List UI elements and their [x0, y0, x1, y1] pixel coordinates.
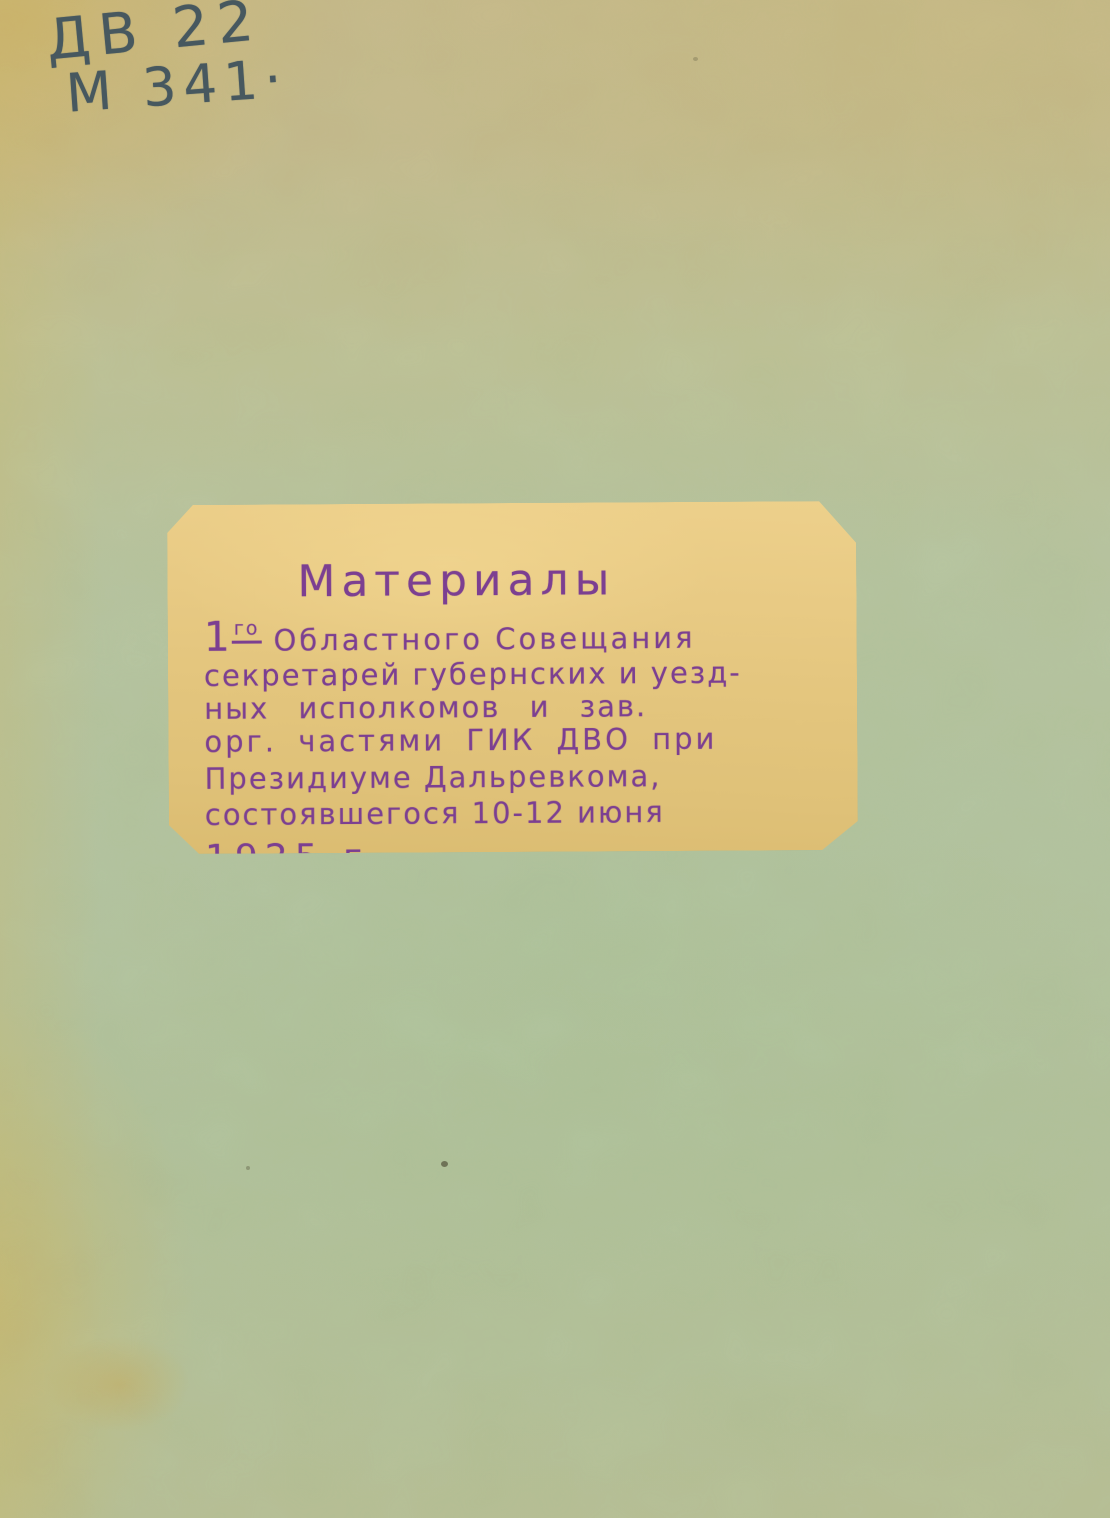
paper-speck: [441, 1161, 448, 1167]
label-line: Президиуме Дальревкома,: [205, 760, 858, 794]
cover-paper: ДВ 22 М 341· Материалы 1гоОбластного Сов…: [0, 0, 1110, 1518]
year-underline-2: [205, 899, 525, 906]
label-line: орг. частями ГИК ДВО при: [204, 723, 857, 757]
year-underline-1: [205, 889, 497, 892]
ordinal-number: 1: [204, 613, 232, 661]
label-year: 1925 г.: [205, 837, 858, 877]
label-line: ных исполкомов и зав.: [204, 690, 857, 724]
label-line: состоявшегося 10-12 июня: [205, 796, 858, 830]
paper-speck: [693, 57, 698, 61]
pasted-label: Материалы 1гоОбластного Совещания секрет…: [167, 501, 858, 854]
paper-speck: [246, 1166, 250, 1170]
shelf-mark: ДВ 22 М 341·: [28, 0, 289, 113]
ordinal-text: Областного Совещания: [273, 621, 695, 658]
shelf-mark-line-2: М 341·: [64, 52, 290, 120]
scanned-booklet-cover: { "shelf_mark": { "line1": "ДВ 22", "lin…: [0, 0, 1110, 1518]
ordinal-suffix: го: [232, 618, 262, 644]
label-line-ordinal: 1гоОбластного Совещания: [204, 610, 857, 656]
label-title: Материалы: [297, 557, 856, 604]
label-line: секретарей губернских и уезд-: [204, 657, 857, 691]
